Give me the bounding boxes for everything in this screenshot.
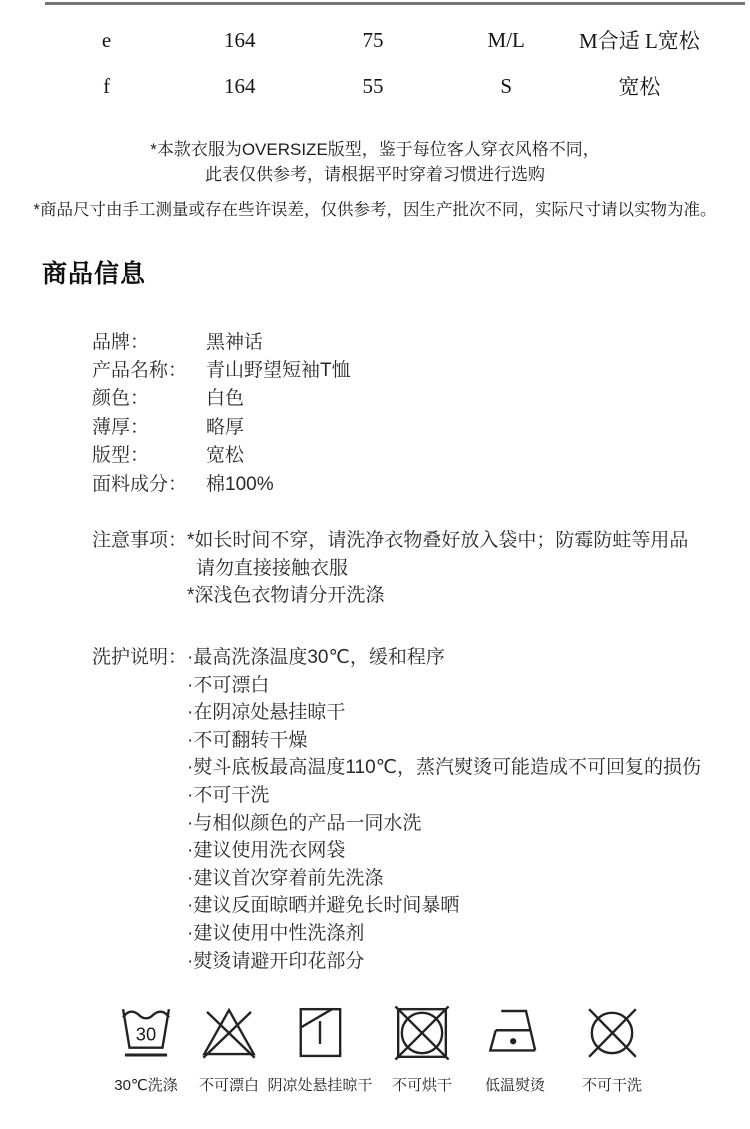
field-value: 宽松 (206, 440, 244, 467)
care-line: ·与相似颜色的产品一同水洗 (187, 810, 701, 838)
field-label: 版型： (92, 440, 206, 467)
attention-line: 请勿直接接触衣服 (187, 555, 688, 583)
product-info-heading: 商品信息 (42, 254, 146, 290)
field-value: 黑神话 (206, 327, 263, 354)
oversize-note-line2: 此表仅供参考，请根据平时穿着习惯进行选购 (0, 163, 750, 188)
attention-line: *如长时间不穿，请洗净衣物叠好放入袋中；防霉防蛀等用品 (187, 527, 688, 555)
field-row-color: 颜色： 白色 (92, 383, 351, 411)
field-label: 品牌： (92, 327, 206, 354)
field-value: 白色 (206, 383, 244, 410)
size-cell-weight: 55 (306, 74, 439, 99)
drip-dry-shade-icon (287, 1003, 353, 1063)
product-fields: 品牌： 黑神话 产品名称： 青山野望短袖T恤 颜色： 白色 薄厚： 略厚 版型：… (92, 326, 351, 496)
product-detail-page: { "size_table": { "rows": [ ["e", "164",… (0, 0, 750, 1129)
oversize-note-line1: *本款衣服为OVERSIZE版型，鉴于每位客人穿衣风格不同， (0, 138, 750, 163)
field-value: 棉100% (206, 469, 274, 496)
care-line: ·不可翻转干燥 (187, 727, 701, 755)
size-cell-fit: 宽松 (573, 71, 706, 101)
field-label: 薄厚： (92, 412, 206, 439)
no-dry-clean-icon (579, 1003, 645, 1063)
field-row-brand: 品牌： 黑神话 (92, 326, 351, 354)
size-table-row: e 164 75 M/L M合适 L宽松 (40, 17, 706, 63)
attention-lines: *如长时间不穿，请洗净衣物叠好放入袋中；防霉防蛀等用品 请勿直接接触衣服 *深浅… (187, 527, 688, 610)
attention-section: 注意事项： *如长时间不穿，请洗净衣物叠好放入袋中；防霉防蛀等用品 请勿直接接触… (92, 527, 688, 610)
no-dry-clean-label: 不可干洗 (547, 1074, 677, 1095)
care-line: ·建议首次穿着前先洗涤 (187, 865, 701, 893)
care-line: ·建议反面晾晒并避免长时间暴晒 (187, 892, 701, 920)
no-bleach-icon (196, 1003, 262, 1063)
field-label: 产品名称： (92, 355, 206, 382)
attention-label: 注意事项： (92, 527, 187, 555)
size-cell-code: e (40, 28, 173, 53)
care-section: 洗护说明： ·最高洗涤温度30℃，缓和程序 ·不可漂白 ·在阴凉处悬挂晾干 ·不… (92, 644, 701, 975)
care-line: ·建议使用洗衣网袋 (187, 837, 701, 865)
care-line: ·不可干洗 (187, 782, 701, 810)
size-cell-fit: M合适 L宽松 (573, 25, 706, 55)
laundry-icons-row: 30 30℃洗涤 不可漂白 阴凉处悬挂晾干 不可烘干 (0, 1003, 750, 1113)
no-dry-clean-cell: 不可干洗 (547, 1003, 677, 1095)
field-label: 面料成分： (92, 469, 206, 496)
size-cell-size: S (440, 74, 573, 99)
care-line: ·熨斗底板最高温度110℃，蒸汽熨烫可能造成不可回复的损伤 (187, 754, 701, 782)
size-cell-code: f (40, 74, 173, 99)
care-lines: ·最高洗涤温度30℃，缓和程序 ·不可漂白 ·在阴凉处悬挂晾干 ·不可翻转干燥 … (187, 644, 701, 975)
no-tumble-dry-icon (389, 1003, 455, 1063)
low-temp-iron-icon (482, 1003, 548, 1063)
care-line: ·熨烫请避开印花部分 (187, 948, 701, 976)
care-label: 洗护说明： (92, 644, 187, 672)
size-table-row: f 164 55 S 宽松 (40, 63, 706, 109)
care-line: ·在阴凉处悬挂晾干 (187, 699, 701, 727)
field-row-thickness: 薄厚： 略厚 (92, 411, 351, 439)
field-label: 颜色： (92, 383, 206, 410)
size-cell-size: M/L (440, 28, 573, 53)
measurement-disclaimer: *商品尺寸由手工测量或存在些许误差，仅供参考，因生产批次不同，实际尺寸请以实物为… (0, 196, 750, 220)
care-line: ·不可漂白 (187, 672, 701, 700)
field-row-fabric: 面料成分： 棉100% (92, 468, 351, 496)
field-value: 青山野望短袖T恤 (206, 355, 351, 382)
size-table: e 164 75 M/L M合适 L宽松 f 164 55 S 宽松 (40, 17, 706, 109)
size-cell-height: 164 (173, 74, 306, 99)
size-cell-height: 164 (173, 28, 306, 53)
field-row-fit: 版型： 宽松 (92, 440, 351, 468)
table-top-border (45, 2, 745, 5)
care-line: ·建议使用中性洗涤剂 (187, 920, 701, 948)
wash-temp-value: 30 (136, 1023, 156, 1044)
field-value: 略厚 (206, 412, 244, 439)
care-line: ·最高洗涤温度30℃，缓和程序 (187, 644, 701, 672)
field-row-product-name: 产品名称： 青山野望短袖T恤 (92, 354, 351, 382)
size-cell-weight: 75 (306, 28, 439, 53)
oversize-note: *本款衣服为OVERSIZE版型，鉴于每位客人穿衣风格不同， 此表仅供参考，请根… (0, 138, 750, 187)
attention-line: *深浅色衣物请分开洗涤 (187, 582, 688, 610)
